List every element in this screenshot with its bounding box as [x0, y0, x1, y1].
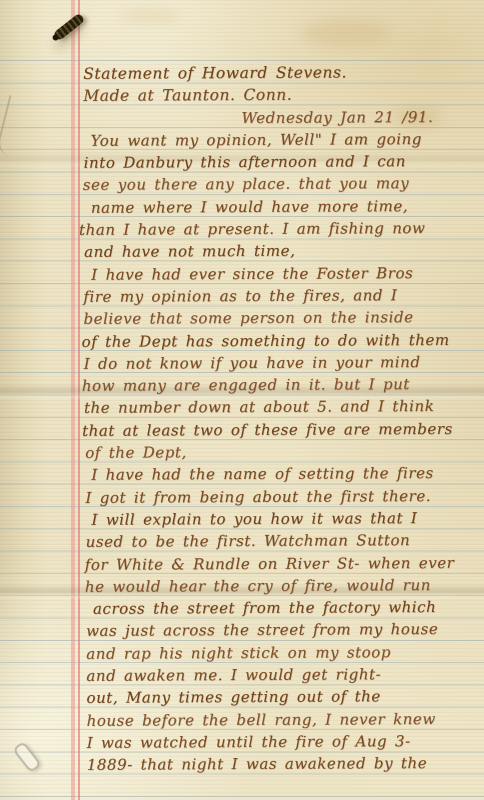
manuscript-line: I have had the name of setting the fires — [0, 462, 484, 487]
manuscript-lines: Statement of Howard Stevens.Made at Taun… — [0, 61, 484, 777]
manuscript-page: Statement of Howard Stevens.Made at Taun… — [0, 0, 484, 800]
manuscript-line: how many are engaged in it. but I put — [0, 373, 484, 398]
manuscript-line: Statement of Howard Stevens. — [0, 61, 482, 86]
manuscript-line: You want my opinion, Well" I am going — [0, 128, 483, 153]
manuscript-line: I was watched until the fire of Aug 3- — [2, 730, 484, 755]
manuscript-line: the number down at about 5. and I think — [0, 395, 484, 420]
manuscript-line: name where I would have more time, — [0, 195, 483, 220]
manuscript-line: see you there any place. that you may — [0, 172, 483, 197]
manuscript-line: out, Many times getting out of the — [1, 685, 484, 710]
manuscript-line: was just across the street from my house — [1, 618, 484, 643]
manuscript-line: 1889- that night I was awakened by the — [2, 752, 484, 777]
manuscript-line: Made at Taunton. Conn. — [0, 83, 482, 108]
manuscript-line: of the Dept, — [0, 440, 484, 465]
manuscript-line: and rap his night stick on my stoop — [1, 640, 484, 665]
age-stain — [120, 8, 180, 24]
manuscript-line: I do not know if you have in your mind — [0, 351, 484, 376]
age-stain — [300, 20, 390, 46]
manuscript-line: and awaken me. I would get right- — [1, 663, 484, 688]
manuscript-line: than I have at present. I am fishing now — [0, 217, 483, 242]
manuscript-line: he would hear the cry of fire, would run — [1, 574, 484, 599]
manuscript-line: Wednesday Jan 21 /91. — [0, 105, 482, 130]
manuscript-line: house before the bell rang, I never knew — [2, 707, 484, 732]
manuscript-line: used to be the first. Watchman Sutton — [1, 529, 484, 554]
manuscript-line: across the street from the factory which — [1, 596, 484, 621]
manuscript-line: of the Dept has something to do with the… — [0, 328, 484, 353]
manuscript-line: I have had ever since the Foster Bros — [0, 261, 483, 286]
manuscript-line: that at least two of these five are memb… — [0, 417, 484, 442]
manuscript-line: for White & Rundle on River St- when eve… — [1, 551, 484, 576]
manuscript-line: and have not much time, — [0, 239, 483, 264]
manuscript-line: I will explain to you how it was that I — [0, 507, 484, 532]
manuscript-line: into Danbury this afternoon and I can — [0, 150, 483, 175]
brass-paper-fastener-icon — [53, 13, 86, 42]
manuscript-line: fire my opinion as to the fires, and I — [0, 284, 483, 309]
manuscript-line: believe that some person on the inside — [0, 306, 484, 331]
manuscript-line: I got it from being about the first ther… — [0, 484, 484, 509]
